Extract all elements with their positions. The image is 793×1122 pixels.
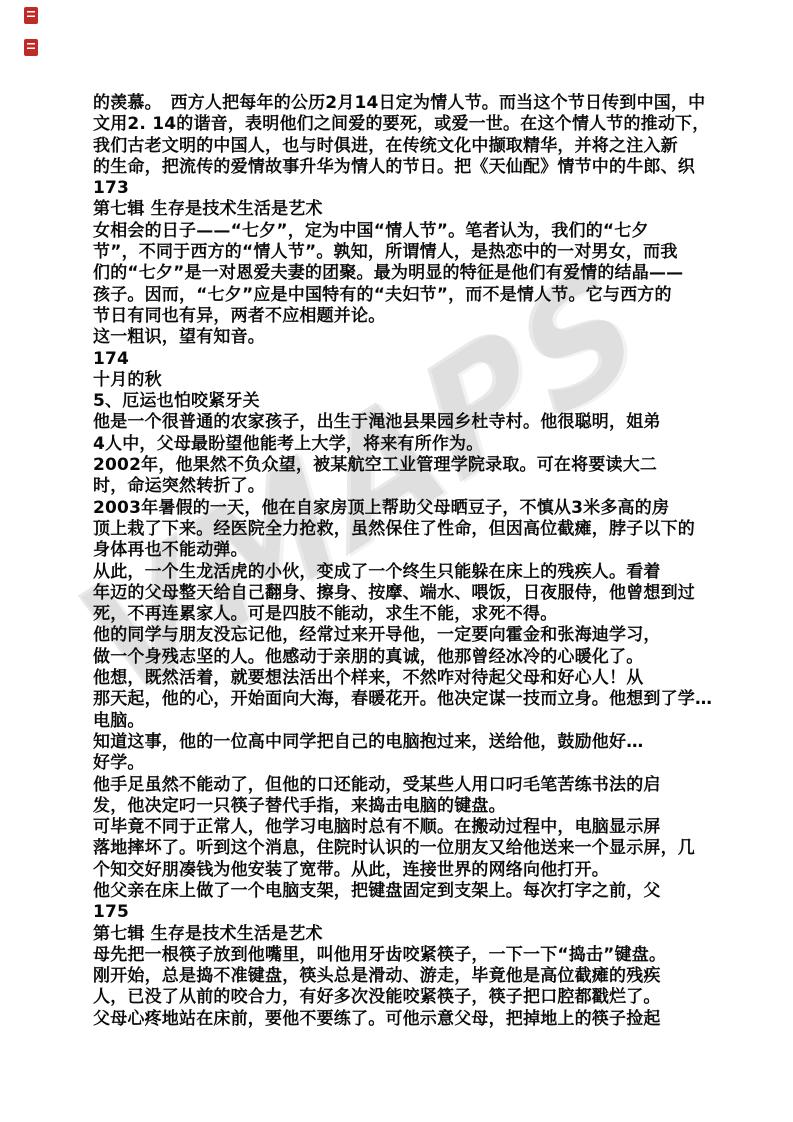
text-line: 4人中，父母最盼望他能考上大学，将来有所作为。 (93, 434, 717, 455)
text-line: 节”，不同于西方的“情人节”。孰知，所谓情人，是热恋中的一对男女，而我 (93, 242, 717, 263)
text-line: 他父亲在床上做了一个电脑支架，把键盘固定到支架上。每次打字之前，父 (93, 881, 717, 902)
text-line: 孩子。因而，“七夕”应是中国特有的“夫妇节”，而不是情人节。它与西方的 (93, 285, 717, 306)
text-line: 落地摔坏了。听到这个消息，住院时认识的一位朋友又给他送来一个显示屏，几 (93, 838, 717, 859)
text-line: 文用2. 14的谐音，表明他们之间爱的要死，或爱一世。在这个情人节的推动下， (93, 114, 717, 135)
text-line: 好学。 (93, 753, 717, 774)
text-line: 身体再也不能动弹。 (93, 540, 717, 561)
red-stamp-icon (24, 39, 38, 56)
text-line: 那天起，他的心，开始面向大海，春暖花开。他决定谋一技而立身。他想到了学… (93, 689, 717, 710)
text-line: 175 (93, 902, 717, 923)
text-line: 发，他决定叼一只筷子替代手指，来捣击电脑的键盘。 (93, 796, 717, 817)
text-line: 做一个身残志坚的人。他感动于亲朋的真诚，他那曾经冰冷的心暖化了。 (93, 647, 717, 668)
text-line: 他的同学与朋友没忘记他，经常过来开导他，一定要向霍金和张海迪学习， (93, 625, 717, 646)
text-line: 2002年，他果然不负众望，被某航空工业管理学院录取。可在将要读大二 (93, 455, 717, 476)
text-line: 年迈的父母整天给自己翻身、擦身、按摩、端水、喂饭，日夜服侍，他曾想到过 (93, 583, 717, 604)
text-line: 节日有同也有异，两者不应相题并论。 (93, 306, 717, 327)
red-stamp-icon (24, 7, 38, 24)
text-line: 女相会的日子——“七夕”，定为中国“情人节”。笔者认为，我们的“七夕 (93, 221, 717, 242)
text-line: 们的“七夕”是一对恩爱夫妻的团聚。最为明显的特征是他们有爱情的结晶—— (93, 263, 717, 284)
text-line: 这一粗识，望有知音。 (93, 327, 717, 348)
text-line: 可毕竟不同于正常人，他学习电脑时总有不顺。在搬动过程中，电脑显示屏 (93, 817, 717, 838)
text-line: 死，不再连累家人。可是四肢不能动，求生不能，求死不得。 (93, 604, 717, 625)
text-line: 我们古老文明的中国人，也与时俱进，在传统文化中撷取精华，并将之注入新 (93, 136, 717, 157)
text-line: 173 (93, 178, 717, 199)
text-line: 刚开始，总是捣不准键盘，筷头总是滑动、游走，毕竟他是高位截瘫的残疾 (93, 966, 717, 987)
text-line: 5、厄运也怕咬紧牙关 (93, 391, 717, 412)
text-line: 顶上栽了下来。经医院全力抢救，虽然保住了性命，但因高位截瘫，脖子以下的 (93, 519, 717, 540)
text-line: 母先把一根筷子放到他嘴里，叫他用牙齿咬紧筷子，一下一下“捣击”键盘。 (93, 945, 717, 966)
text-line: 时，命运突然转折了。 (93, 476, 717, 497)
text-line: 人，已没了从前的咬合力，有好多次没能咬紧筷子，筷子把口腔都戳烂了。 (93, 987, 717, 1008)
text-line: 2003年暑假的一天，他在自家房顶上帮助父母晒豆子，不慎从3米多高的房 (93, 498, 717, 519)
document-page: VMAPS 的羡慕。 西方人把每年的公历2月14日定为情人节。而当这个节日传到中… (0, 0, 793, 1122)
text-line: 从此，一个生龙活虎的小伙，变成了一个终生只能躲在床上的残疾人。看着 (93, 562, 717, 583)
text-line: 电脑。 (93, 711, 717, 732)
text-line: 十月的秋 (93, 370, 717, 391)
text-line: 他手足虽然不能动了，但他的口还能动，受某些人用口叼毛笔苦练书法的启 (93, 775, 717, 796)
text-line: 父母心疼地站在床前，要他不要练了。可他示意父母，把掉地上的筷子捡起 (93, 1009, 717, 1030)
text-line: 第七辑 生存是技术生活是艺术 (93, 924, 717, 945)
text-line: 的生命，把流传的爱情故事升华为情人的节日。把《天仙配》情节中的牛郎、织 (93, 157, 717, 178)
text-line: 174 (93, 349, 717, 370)
text-line: 他想，既然活着，就要想法活出个样来，不然咋对待起父母和好心人！从 (93, 668, 717, 689)
text-line: 个知交好朋凑钱为他安装了宽带。从此，连接世界的网络向他打开。 (93, 860, 717, 881)
text-line: 知道这事，他的一位高中同学把自己的电脑抱过来，送给他，鼓励他好… (93, 732, 717, 753)
text-line: 的羡慕。 西方人把每年的公历2月14日定为情人节。而当这个节日传到中国，中 (93, 93, 717, 114)
text-line: 他是一个很普通的农家孩子，出生于渑池县果园乡杜寺村。他很聪明，姐弟 (93, 412, 717, 433)
text-lines: 的羡慕。 西方人把每年的公历2月14日定为情人节。而当这个节日传到中国，中文用2… (93, 93, 717, 1030)
text-line: 第七辑 生存是技术生活是艺术 (93, 199, 717, 220)
